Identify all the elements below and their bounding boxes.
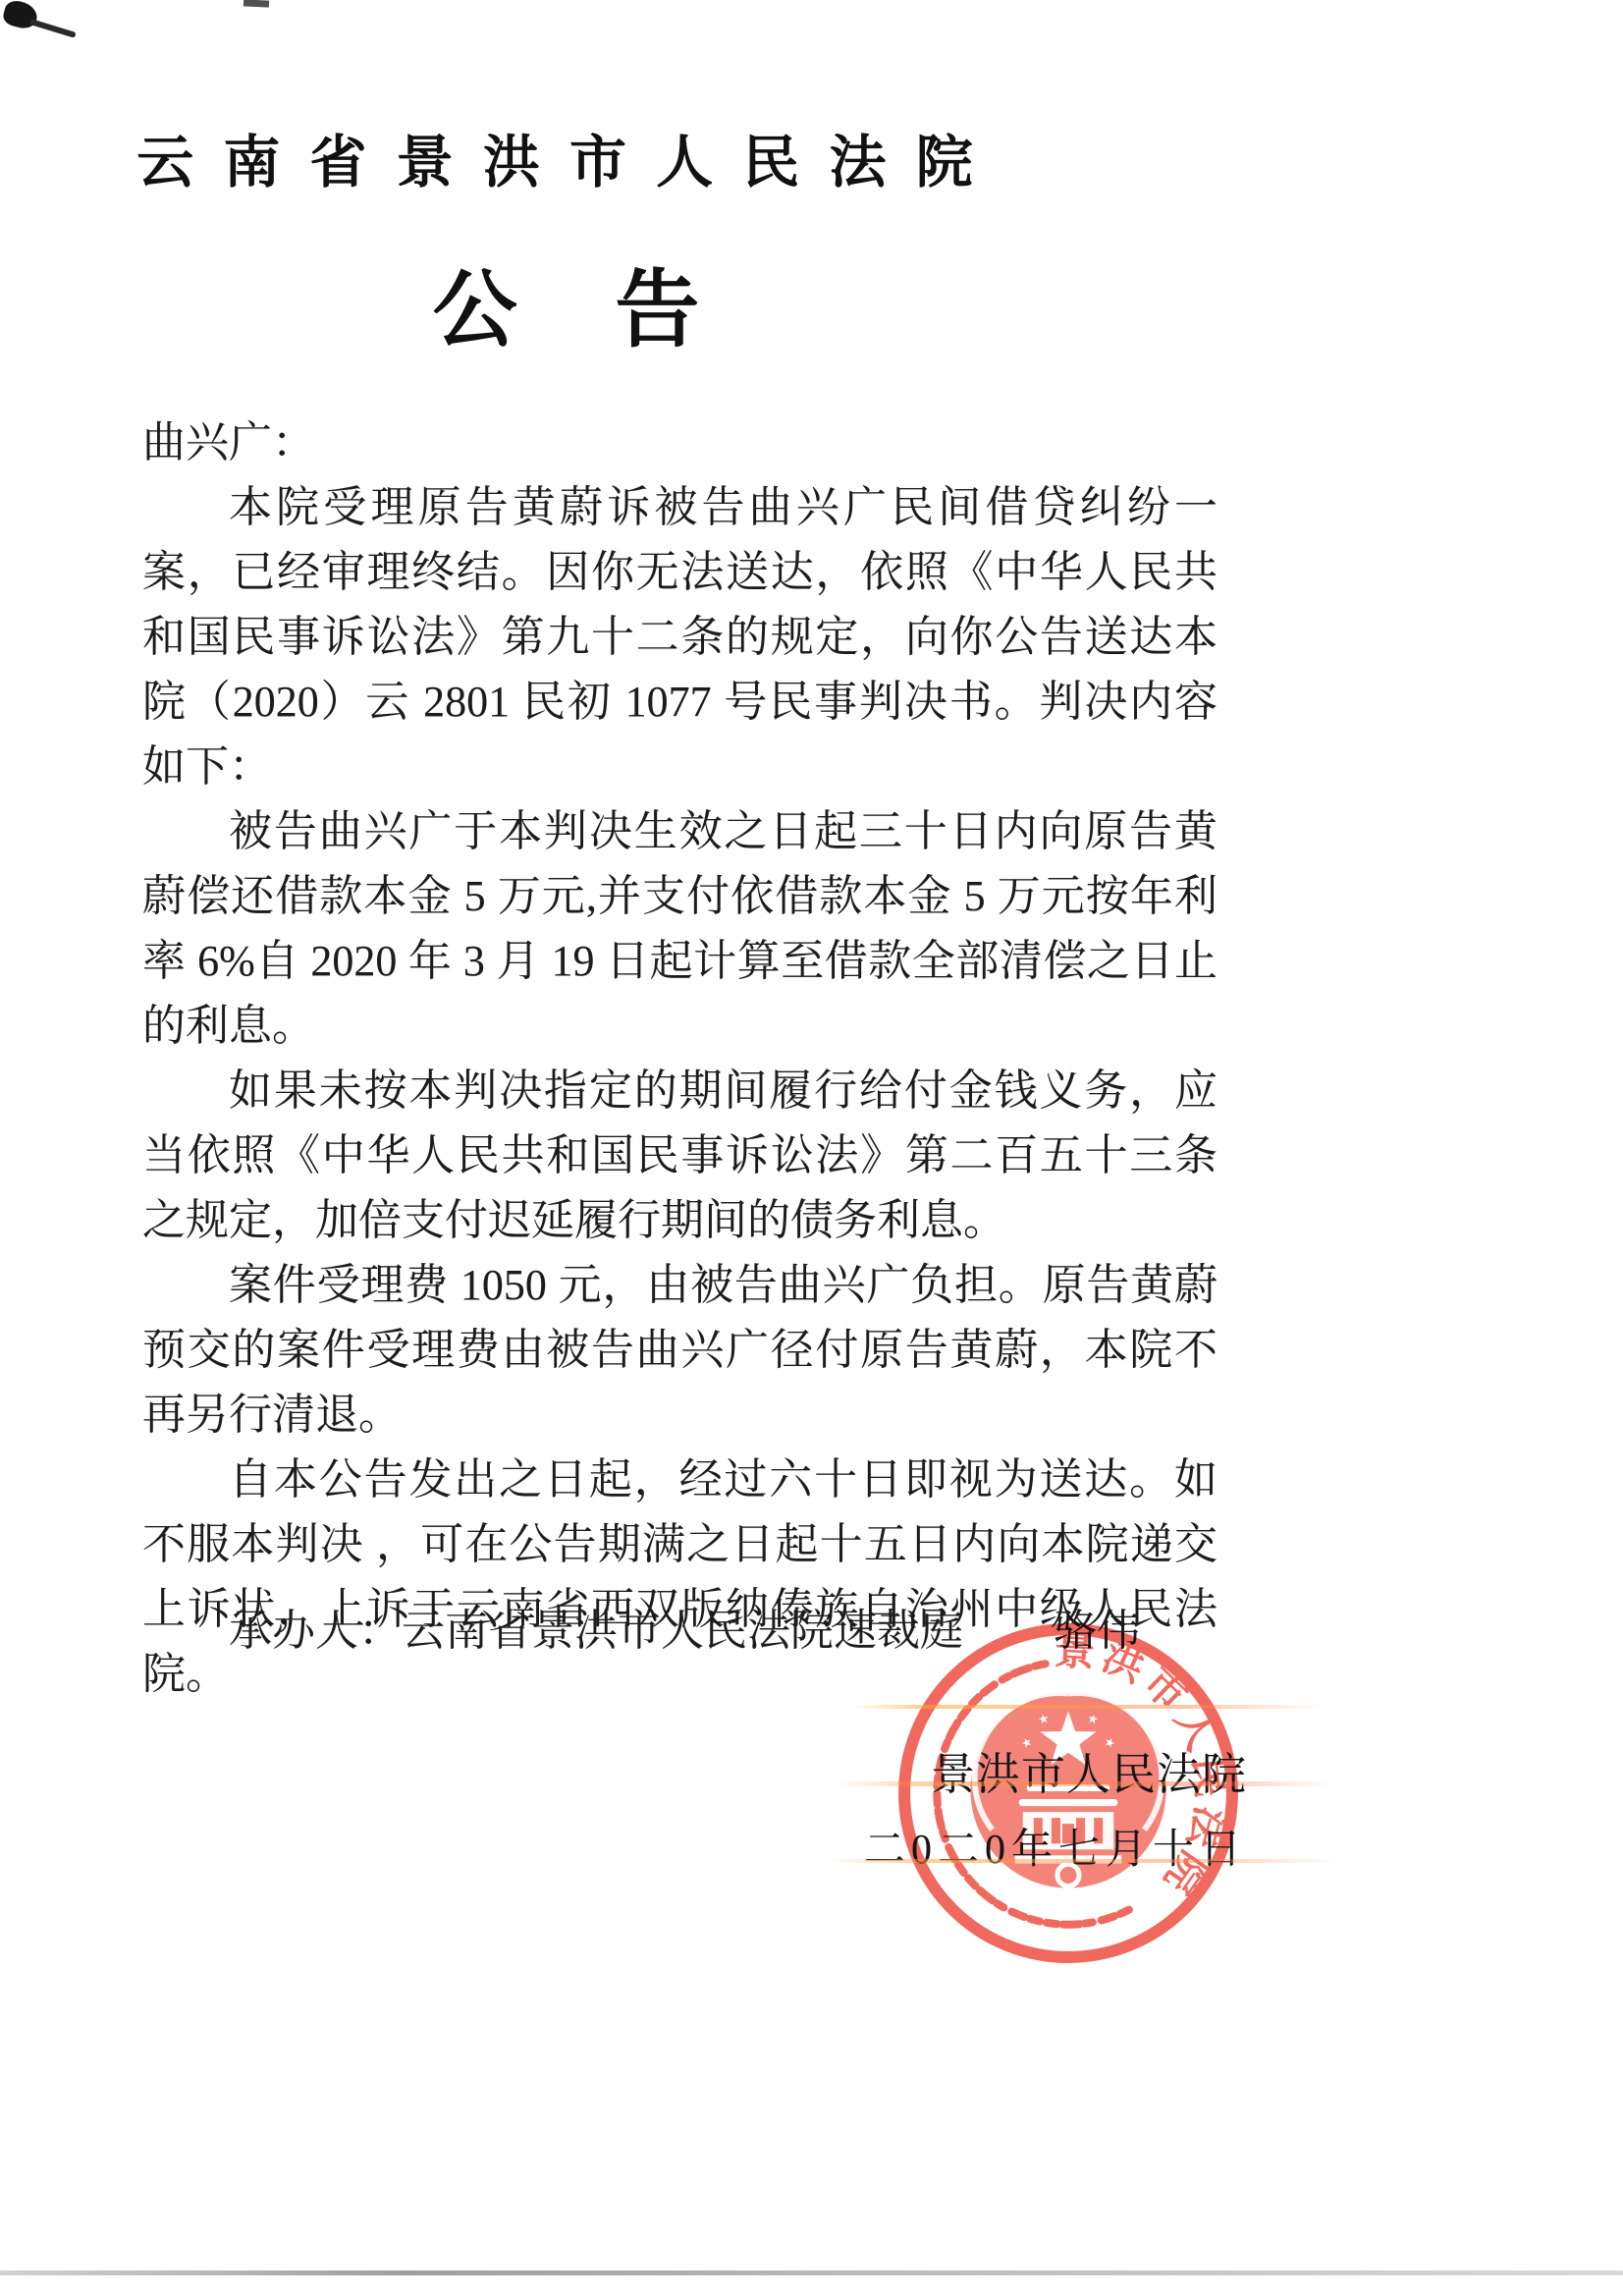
notice-paragraph: 本院受理原告黄蔚诉被告曲兴广民间借贷纠纷一案，已经审理终结。因你无法送达，依照《… (142, 475, 1217, 799)
scan-artifact (29, 19, 77, 38)
scan-edge-line (0, 2270, 1623, 2275)
court-title: 云南省景洪市人民法院 (128, 116, 1011, 198)
signature-court: 景洪市人民法院 (931, 1738, 1247, 1802)
salutation: 曲兴广： (142, 410, 1217, 475)
court-notice-page: 云南省景洪市人民法院 公 告 曲兴广： 本院受理原告黄蔚诉被告曲兴广民间借贷纠纷… (0, 0, 1623, 2296)
notice-body: 曲兴广： 本院受理原告黄蔚诉被告曲兴广民间借贷纠纷一案，已经审理终结。因你无法送… (142, 410, 1217, 1707)
scan-artifact (1, 0, 39, 31)
notice-paragraph: 案件受理费 1050 元，由被告曲兴广负担。原告黄蔚预交的案件受理费由被告曲兴广… (142, 1253, 1217, 1448)
notice-title: 公 告 (128, 242, 1011, 363)
signature-date: 二0二0年七月十日 (864, 1817, 1247, 1876)
notice-paragraph: 如果未按本判决指定的期间履行给付金钱义务，应当依照《中华人民共和国民事诉讼法》第… (142, 1059, 1217, 1253)
header: 云南省景洪市人民法院 公 告 (128, 116, 1011, 363)
organizer-label: 承办人：云南省景洪市人民法院速裁庭 (229, 1607, 963, 1655)
notice-paragraph: 被告曲兴广于本判决生效之日起三十日内向原告黄蔚偿还借款本金 5 万元,并支付依借… (142, 799, 1217, 1059)
scan-artifact (243, 0, 269, 8)
